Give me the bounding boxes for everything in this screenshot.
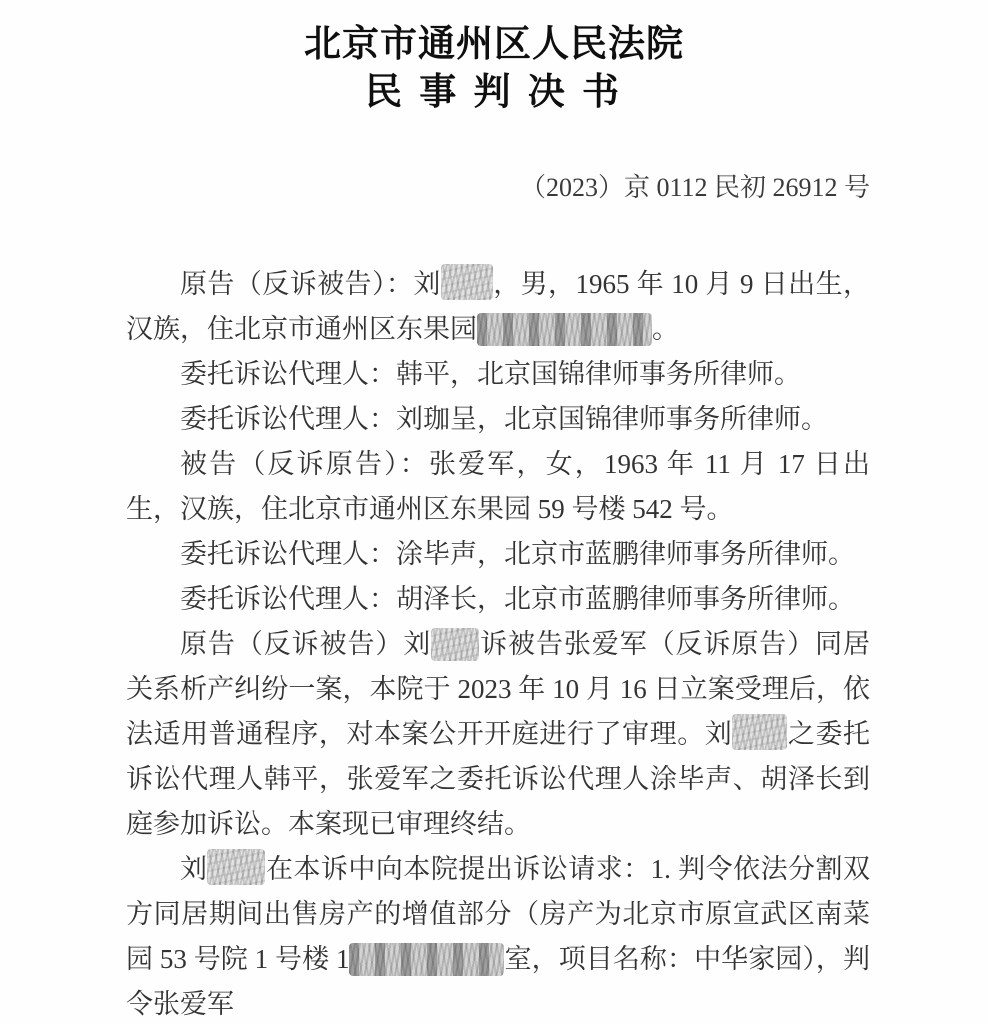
text-segment: 刘 [180,854,207,884]
paragraph-procedure: 原告（反诉被告）刘诉被告张爱军（反诉原告）同居关系析产纠纷一案，本院于 2023… [126,622,870,847]
paragraph-defendant-agent-1: 委托诉讼代理人：涂毕声，北京市蓝鹏律师事务所律师。 [126,532,870,577]
redaction-scribble-plaintiff-name [441,264,493,300]
paragraph-defendant-agent-2: 委托诉讼代理人：胡泽长，北京市蓝鹏律师事务所律师。 [126,577,870,622]
document-header: 北京市通州区人民法院 民 事 判 决 书 [0,0,988,116]
redaction-scribble-plaintiff-name-4 [207,849,265,885]
text-segment: 委托诉讼代理人：刘珈呈，北京国锦律师事务所律师。 [180,404,828,434]
text-segment: 原告（反诉被告）：刘 [180,269,441,299]
document-type-title: 民 事 判 决 书 [0,70,988,116]
text-segment: 委托诉讼代理人：涂毕声，北京市蓝鹏律师事务所律师。 [180,539,855,569]
judgment-body: 原告（反诉被告）：刘，男，1965 年 10 月 9 日出生，汉族，住北京市通州… [0,262,988,1024]
text-segment: 。 [652,314,679,344]
paragraph-plaintiff: 原告（反诉被告）：刘，男，1965 年 10 月 9 日出生，汉族，住北京市通州… [126,262,870,352]
court-name: 北京市通州区人民法院 [0,20,988,70]
redaction-scribble-plaintiff-name-2 [431,628,479,661]
paragraph-defendant: 被告（反诉原告）：张爱军，女，1963 年 11 月 17 日出生，汉族，住北京… [126,442,870,532]
redaction-scribble-plaintiff-address [477,313,652,346]
text-segment: 委托诉讼代理人：韩平，北京国锦律师事务所律师。 [180,359,801,389]
text-segment: 原告（反诉被告）刘 [180,629,431,659]
redaction-scribble-room-number [349,943,504,976]
case-number: （2023）京 0112 民初 26912 号 [0,170,988,206]
paragraph-claims: 刘在本诉中向本院提出诉讼请求：1. 判令依法分割双方同居期间出售房产的增值部分（… [126,847,870,1024]
judgment-document-page: 北京市通州区人民法院 民 事 判 决 书 （2023）京 0112 民初 269… [0,0,988,1024]
text-segment: 委托诉讼代理人：胡泽长，北京市蓝鹏律师事务所律师。 [180,584,855,614]
text-segment: 被告（反诉原告）：张爱军，女，1963 年 11 月 17 日出生，汉族，住北京… [126,449,870,524]
paragraph-plaintiff-agent-1: 委托诉讼代理人：韩平，北京国锦律师事务所律师。 [126,352,870,397]
redaction-scribble-plaintiff-name-3 [732,714,787,750]
paragraph-plaintiff-agent-2: 委托诉讼代理人：刘珈呈，北京国锦律师事务所律师。 [126,397,870,442]
